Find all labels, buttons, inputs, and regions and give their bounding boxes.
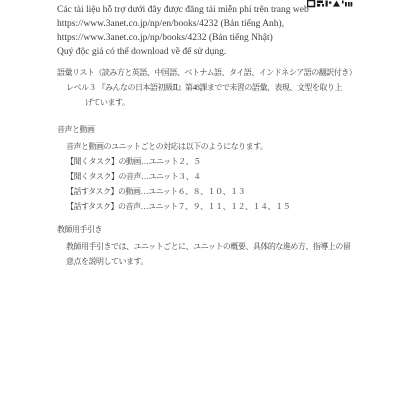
listening-task-video-line: 【聞くタスク】の動画…ユニット２、５ [66,154,290,169]
audio-video-body: 音声と動画のユニットごとの対応は以下のようになります。 【聞くタスク】の動画…ユ… [66,139,290,214]
audio-video-heading: 音声と動画 [57,123,95,137]
intro-line: Quý độc giả có thể download về để sử dụn… [57,45,309,59]
intro-url-japanese: https://www.3anet.co.jp/np/books/4232 (B… [57,31,309,45]
speaking-task-audio-line: 【話すタスク】の音声…ユニット７、９、１１、１２、１４、１５ [66,199,290,214]
vocab-list-continuation-line: げています。 [85,95,356,110]
listening-task-audio-line: 【聞くタスク】の音声…ユニット３、４ [66,169,290,184]
intro-url-english: https://www.3anet.co.jp/np/en/books/4232… [57,17,309,31]
intro-line: Các tài liệu hỗ trợ dưới đây được đăng t… [57,3,309,17]
teacher-guide-line: 教師用手引きでは、ユニットごとに、ユニットの概要、具体的な進め方、指導上の留 [66,239,350,254]
vocab-list-title-line: 語彙リスト（読み方と英語、中国語、ベトナム語、タイ語、インドネシア語の翻訳付き） [57,65,356,80]
audio-video-intro-line: 音声と動画のユニットごとの対応は以下のようになります。 [66,139,290,154]
qr-code-fragment-icon [307,0,353,8]
vocab-list-section: 語彙リスト（読み方と英語、中国語、ベトナム語、タイ語、インドネシア語の翻訳付き）… [57,65,356,110]
document-page: Các tài liệu hỗ trợ dưới đây được đăng t… [0,0,400,400]
vocab-list-level-line: レベル３ 『みんなの日本語初級Ⅱ』第48課までで未習の語彙、表現、文型を取り上 [66,80,356,95]
intro-paragraph: Các tài liệu hỗ trợ dưới đây được đăng t… [57,3,309,59]
teacher-guide-line: 意点を説明しています。 [66,254,350,269]
speaking-task-video-line: 【話すタスク】の動画…ユニット６、８、１０、１３ [66,184,290,199]
teacher-guide-heading: 教師用手引き [57,223,102,237]
teacher-guide-body: 教師用手引きでは、ユニットごとに、ユニットの概要、具体的な進め方、指導上の留 意… [66,239,350,269]
